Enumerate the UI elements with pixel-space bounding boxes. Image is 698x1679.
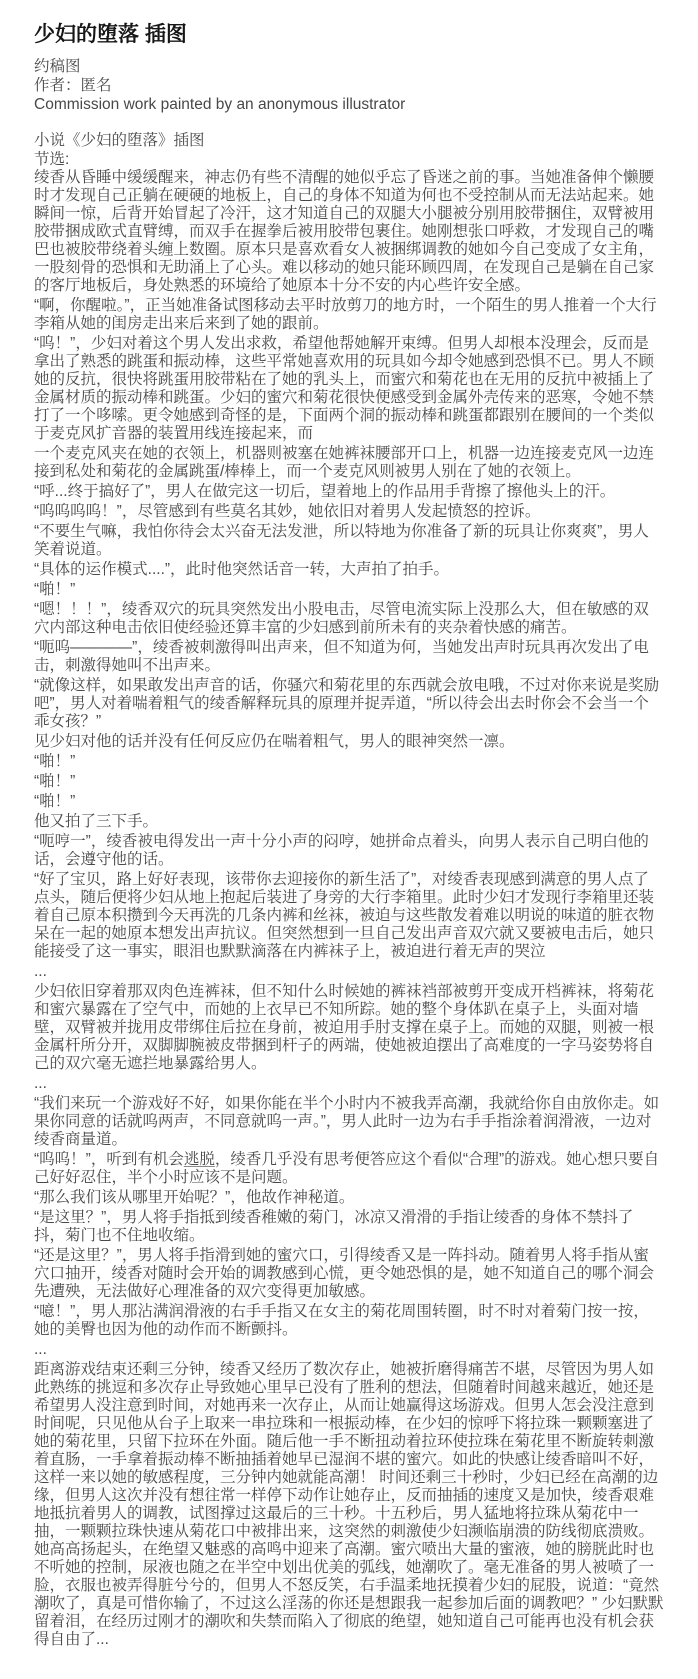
story-paragraph: “好了宝贝，路上好好表现，该带你去迎接你的新生活了”，对绫香表现感到满意的男人点… <box>34 871 664 961</box>
story-paragraph: 一个麦克风夹在她的衣领上，机器则被塞在她裤袜腰部开口上，机器一边连接麦克风一边连… <box>34 445 664 481</box>
story-paragraph: “呜呜！”，听到有机会逃脱，绫香几乎没有思考便答应这个看似“合理”的游戏。她心想… <box>34 1151 664 1187</box>
story-paragraph: 距离游戏结束还剩三分钟，绫香又经历了数次存止，她被折磨得痛苦不堪，尽管因为男人如… <box>34 1361 664 1649</box>
story-paragraph: “啪！” <box>34 793 664 811</box>
story-paragraph: “啪！” <box>34 581 664 599</box>
story-paragraph: ... <box>34 1075 664 1093</box>
page-title: 少妇的堕落 插图 <box>34 22 664 48</box>
story-paragraphs: 绫香从昏睡中缓缓醒来，神志仍有些不清醒的她似乎忘了昏迷之前的事。当她准备伸个懒腰… <box>34 169 664 1649</box>
story-paragraph: “呃呜————”，绫香被刺激得叫出声来，但不知道为何，当她发出声时玩具再次发出了… <box>34 639 664 675</box>
intro-line-excerpt-label: 节选: <box>34 150 664 169</box>
story-paragraph: “呜！”，少妇对着这个男人发出求救，希望他帮她解开束缚。但男人却根本没理会，反而… <box>34 335 664 443</box>
intro-block: 小说《少妇的堕落》插图 节选: <box>34 131 664 169</box>
story-paragraph: ... <box>34 963 664 981</box>
story-paragraph: 他又拍了三下手。 <box>34 813 664 831</box>
story-paragraph: “啊，你醒啦。”，正当她准备试图移动去平时放剪刀的地方时，一个陌生的男人推着一个… <box>34 297 664 333</box>
story-paragraph: “呼...终于搞好了”，男人在做完这一切后，望着地上的作品用手背擦了擦他头上的汗… <box>34 483 664 501</box>
meta-line-author: 作者：匿名 <box>34 76 664 95</box>
story-paragraph: “还是这里？”，男人将手指滑到她的蜜穴口，引得绫香又是一阵抖动。随着男人将手指从… <box>34 1247 664 1301</box>
story-paragraph: “我们来玩一个游戏好不好，如果你能在半个小时内不被我弄高潮，我就给你自由放你走。… <box>34 1095 664 1149</box>
paragraph-text-segment: “呜呜！”，听到有机会 <box>34 1151 184 1168</box>
story-paragraph: “那么我们该从哪里开始呢？”，他故作神秘道。 <box>34 1189 664 1207</box>
story-paragraph: “呜呜呜呜！”，尽管感到有些莫名其妙，她依旧对着男人发起愤怒的控诉。 <box>34 503 664 521</box>
story-paragraph: “啪！” <box>34 773 664 791</box>
story-paragraph: “是这里？”，男人将手指抵到绫香稚嫩的菊门，冰凉又滑滑的手指让绫香的身体不禁抖了… <box>34 1209 664 1245</box>
story-paragraph: “啪！” <box>34 753 664 771</box>
intro-line-novel-title: 小说《少妇的堕落》插图 <box>34 131 664 150</box>
story-paragraph: ... <box>34 1341 664 1359</box>
underlined-term-link[interactable]: 逃脱 <box>184 1151 215 1168</box>
story-paragraph: 绫香从昏睡中缓缓醒来，神志仍有些不清醒的她似乎忘了昏迷之前的事。当她准备伸个懒腰… <box>34 169 664 295</box>
story-paragraph: “就像这样，如果敢发出声音的话，你骚穴和菊花里的东西就会放电哦，不过对你来说是奖… <box>34 677 664 731</box>
meta-line-commission-en: Commission work painted by an anonymous … <box>34 95 664 114</box>
story-paragraph: “不要生气嘛，我怕你待会太兴奋无法发泄，所以特地为你准备了新的玩具让你爽爽”，男… <box>34 523 664 559</box>
story-paragraph: “呃哼一”，绫香被电得发出一声十分小声的闷哼，她拼命点着头，向男人表示自己明白他… <box>34 833 664 869</box>
story-paragraph: “具体的运作模式....”，此时他突然话音一转，大声拍了拍手。 <box>34 561 664 579</box>
meta-line-commission: 约稿图 <box>34 57 664 76</box>
story-paragraph: “嗯！！！”，绫香双穴的玩具突然发出小股电击，尽管电流实际上没那么大，但在敏感的… <box>34 601 664 637</box>
story-paragraph: 少妇依旧穿着那双肉色连裤袜，但不知什么时候她的裤袜裆部被剪开变成开档裤袜，将菊花… <box>34 983 664 1073</box>
page: 少妇的堕落 插图 约稿图 作者：匿名 Commission work paint… <box>0 0 698 1679</box>
story-paragraph: “噫！”，男人那沾满润滑液的右手手指又在女主的菊花周围转圈，时不时对着菊门按一按… <box>34 1303 664 1339</box>
meta-block: 约稿图 作者：匿名 Commission work painted by an … <box>34 57 664 114</box>
story-paragraph: 见少妇对他的话并没有任何反应仍在喘着粗气，男人的眼神突然一凛。 <box>34 733 664 751</box>
